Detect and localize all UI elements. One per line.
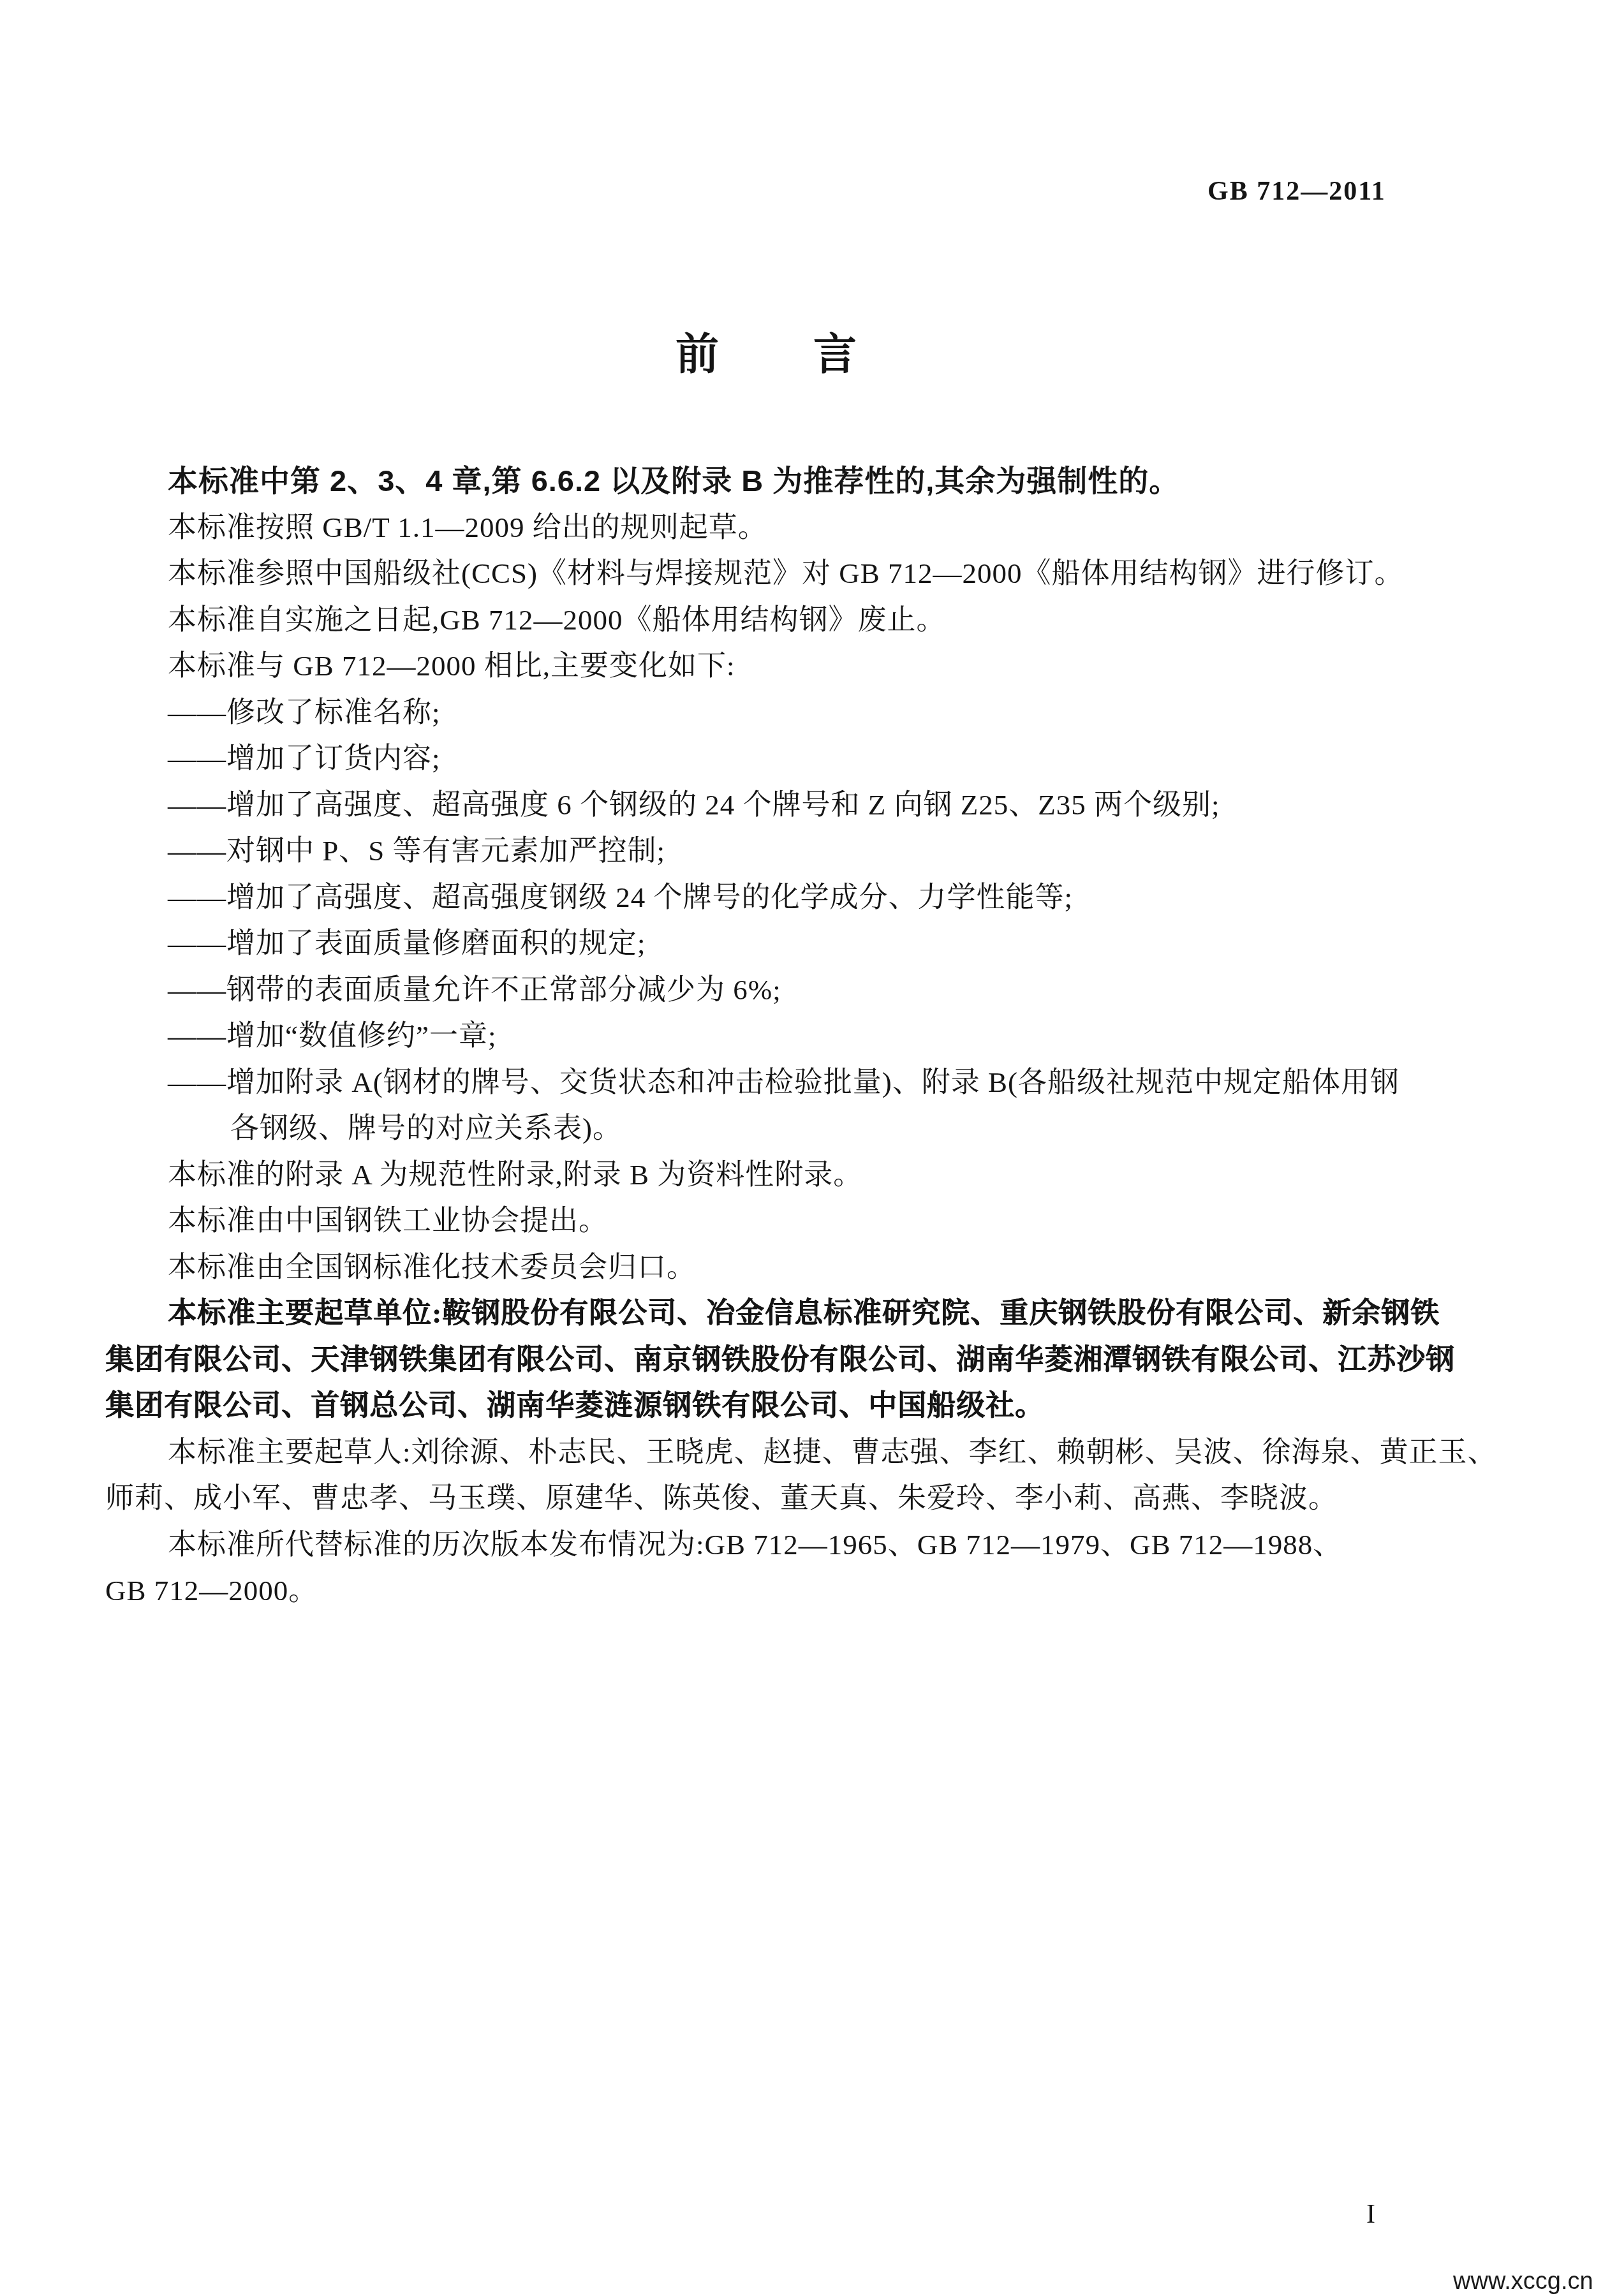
text-line: GB 712—2000。	[105, 1568, 1509, 1614]
text-line: ——增加了高强度、超高强度钢级 24 个牌号的化学成分、力学性能等;	[105, 874, 1509, 921]
text-line: 本标准中第 2、3、4 章,第 6.6.2 以及附录 B 为推荐性的,其余为强制…	[105, 458, 1509, 504]
text-line: ——修改了标准名称;	[105, 689, 1509, 736]
text-line: ——对钢中 P、S 等有害元素加严控制;	[105, 828, 1509, 874]
text-line: ——增加附录 A(钢材的牌号、交货状态和冲击检验批量)、附录 B(各船级社规范中…	[105, 1059, 1509, 1106]
text-line: 本标准按照 GB/T 1.1—2009 给出的规则起草。	[105, 504, 1509, 551]
text-line: 集团有限公司、首钢总公司、湖南华菱涟源钢铁有限公司、中国船级社。	[105, 1383, 1509, 1429]
text-line: 本标准自实施之日起,GB 712—2000《船体用结构钢》废止。	[105, 597, 1509, 644]
text-line: 本标准的附录 A 为规范性附录,附录 B 为资料性附录。	[105, 1152, 1509, 1198]
text-line: 本标准主要起草单位:鞍钢股份有限公司、冶金信息标准研究院、重庆钢铁股份有限公司、…	[105, 1290, 1509, 1337]
text-line: ——增加了高强度、超高强度 6 个钢级的 24 个牌号和 Z 向钢 Z25、Z3…	[105, 782, 1509, 828]
page-title: 前言	[676, 320, 951, 382]
text-line: 集团有限公司、天津钢铁集团有限公司、南京钢铁股份有限公司、湖南华菱湘潭钢铁有限公…	[105, 1337, 1509, 1383]
text-line: 本标准参照中国船级社(CCS)《材料与焊接规范》对 GB 712—2000《船体…	[105, 550, 1509, 597]
foreword-body: 本标准中第 2、3、4 章,第 6.6.2 以及附录 B 为推荐性的,其余为强制…	[105, 458, 1509, 1614]
text-line: ——钢带的表面质量允许不正常部分减少为 6%;	[105, 967, 1509, 1013]
text-line: 本标准所代替标准的历次版本发布情况为:GB 712—1965、GB 712—19…	[105, 1522, 1509, 1568]
standard-code: GB 712—2011	[1207, 176, 1386, 207]
document-page: GB 712—2011 前言 本标准中第 2、3、4 章,第 6.6.2 以及附…	[0, 0, 1610, 2296]
text-line: 本标准由全国钢标准化技术委员会归口。	[105, 1244, 1509, 1291]
text-line: 本标准由中国钢铁工业协会提出。	[105, 1198, 1509, 1244]
text-line: ——增加了订货内容;	[105, 735, 1509, 782]
text-line: 本标准与 GB 712—2000 相比,主要变化如下:	[105, 643, 1509, 689]
text-line: ——增加“数值修约”一章;	[105, 1013, 1509, 1059]
text-line: 师莉、成小军、曹忠孝、马玉璞、原建华、陈英俊、董天真、朱爱玲、李小莉、高燕、李晓…	[105, 1475, 1509, 1522]
site-watermark: www.xccg.cn	[1453, 2268, 1593, 2295]
text-line: 各钢级、牌号的对应关系表)。	[105, 1105, 1509, 1152]
text-line: ——增加了表面质量修磨面积的规定;	[105, 920, 1509, 967]
text-line: 本标准主要起草人:刘徐源、朴志民、王晓虎、赵捷、曹志强、李红、赖朝彬、吴波、徐海…	[105, 1429, 1509, 1476]
page-number: I	[1366, 2199, 1375, 2230]
